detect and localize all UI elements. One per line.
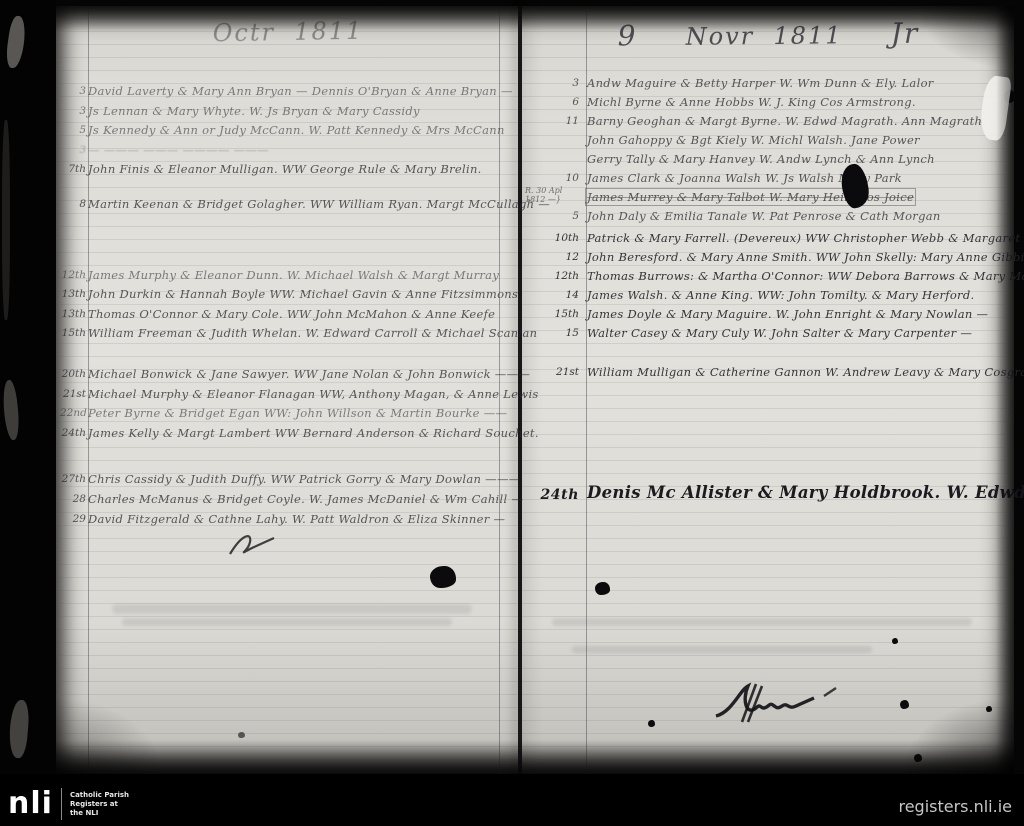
torn-page-fragment <box>7 700 30 759</box>
register-entry: 15thJames Doyle & Mary Maguire. W. John … <box>523 305 1014 324</box>
entry-text: James Walsh. & Anne King. WW: John Tomil… <box>587 288 974 302</box>
nli-caption: Catholic Parish Registers at the NLI <box>70 791 129 818</box>
entry-text: Gerry Tally & Mary Hanvey W. Andw Lynch … <box>587 152 935 166</box>
entry-day: 3 <box>60 102 86 122</box>
year-label: 1811 <box>773 21 842 50</box>
ink-spot <box>914 754 922 762</box>
register-entry: 13thJohn Durkin & Hannah Boyle WW. Micha… <box>58 285 518 305</box>
month-label: Novr <box>686 22 755 51</box>
entry-day: 6 <box>525 93 579 112</box>
entry-day: 15th <box>60 324 86 344</box>
register-entry: 5Js Kennedy & Ann or Judy McCann. W. Pat… <box>58 121 518 141</box>
spine-shadow <box>2 120 10 320</box>
month-label: Octr <box>212 18 275 47</box>
entry-text: Michl Byrne & Anne Hobbs W. J. King Cos … <box>587 95 916 109</box>
caption-line: Catholic Parish <box>70 791 129 799</box>
entry-text: Patrick & Mary Farrell. (Devereux) WW Ch… <box>587 231 1024 245</box>
register-entry: 10thPatrick & Mary Farrell. (Devereux) W… <box>523 229 1014 248</box>
entry-text: Barny Geoghan & Margt Byrne. W. Edwd Mag… <box>587 114 982 128</box>
entry-day: 15 <box>525 324 579 343</box>
register-entry: 8Martin Keenan & Bridget Golagher. WW Wi… <box>58 195 518 215</box>
entry-text: Walter Casey & Mary Culy W. John Salter … <box>587 326 972 340</box>
torn-page-fragment <box>4 15 27 68</box>
ink-spot <box>900 700 909 709</box>
entry-text: Andw Maguire & Betty Harper W. Wm Dunn &… <box>587 76 934 90</box>
nli-branding: nli Catholic Parish Registers at the NLI <box>8 788 129 820</box>
entry-day: 27th <box>60 470 86 490</box>
register-entry: 14James Walsh. & Anne King. WW: John Tom… <box>523 286 1014 305</box>
left-page-october: Octr 1811 3David Laverty & Mary Ann Brya… <box>58 6 518 774</box>
entry-text: John Durkin & Hannah Boyle WW. Michael G… <box>88 287 518 301</box>
torn-page-fragment <box>1 380 21 441</box>
register-entry: John Gahoppy & Bgt Kiely W. Michl Walsh.… <box>523 131 1014 150</box>
ink-spot <box>238 732 245 738</box>
margin-note: R. 30 Apl 1812 —} <box>525 186 583 204</box>
entry-day: 28 <box>60 490 86 510</box>
entry-day: 21st <box>525 363 579 382</box>
entry-text: Thomas Burrows: & Martha O'Connor: WW De… <box>587 269 1024 283</box>
entry-day: 21st <box>60 385 86 405</box>
entry-day: 11 <box>525 112 579 131</box>
entry-group: 27thChris Cassidy & Judith Duffy. WW Pat… <box>58 470 518 529</box>
entry-day: 15th <box>525 305 579 324</box>
register-entry: 21stWilliam Mulligan & Catherine Gannon … <box>523 363 1014 382</box>
entry-day: 12th <box>525 267 579 286</box>
entry-text: William Freeman & Judith Whelan. W. Edwa… <box>88 326 537 340</box>
entry-text: David Laverty & Mary Ann Bryan — Dennis … <box>88 84 513 98</box>
left-page-header: Octr 1811 <box>58 14 518 50</box>
entry-group: 10thPatrick & Mary Farrell. (Devereux) W… <box>523 229 1014 343</box>
entry-day: 12 <box>525 248 579 267</box>
entry-text: James Doyle & Mary Maguire. W. John Enri… <box>587 307 988 321</box>
register-entry: 3— ——— ——— ———— ——— <box>58 141 518 161</box>
register-entry: 15thWilliam Freeman & Judith Whelan. W. … <box>58 324 518 344</box>
register-entry: 20thMichael Bonwick & Jane Sawyer. WW Ja… <box>58 365 518 385</box>
entry-text: Charles McManus & Bridget Coyle. W. Jame… <box>88 492 523 506</box>
entry-text: David Fitzgerald & Cathne Lahy. W. Patt … <box>88 512 505 526</box>
entry-day: 22nd <box>60 404 86 424</box>
entry-text: James Kelly & Margt Lambert WW Bernard A… <box>88 426 539 440</box>
register-entry: 6Michl Byrne & Anne Hobbs W. J. King Cos… <box>523 93 1014 112</box>
entry-day: 13th <box>60 305 86 325</box>
parchment-scan: Octr 1811 3David Laverty & Mary Ann Brya… <box>52 6 1014 774</box>
entry-text: Chris Cassidy & Judith Duffy. WW Patrick… <box>88 472 521 486</box>
entry-day: 3 <box>525 74 579 93</box>
entry-text: William Mulligan & Catherine Gannon W. A… <box>587 365 1024 379</box>
entry-text: John Gahoppy & Bgt Kiely W. Michl Walsh.… <box>587 133 920 147</box>
register-entry: 7thJohn Finis & Eleanor Mulligan. WW Geo… <box>58 160 518 180</box>
right-page-november: 9 Novr 1811 Jr 3Andw Maguire & Betty Har… <box>523 6 1014 774</box>
register-entry: 24thDenis Mc Allister & Mary Holdbrook. … <box>523 480 1014 506</box>
entry-group: 3Andw Maguire & Betty Harper W. Wm Dunn … <box>523 74 1014 226</box>
entry-day: 24th <box>60 424 86 444</box>
entry-day: 10th <box>525 229 579 248</box>
right-page-header: 9 Novr 1811 Jr <box>523 16 1014 53</box>
register-entry: 13thThomas O'Connor & Mary Cole. WW John… <box>58 305 518 325</box>
entry-text: Js Kennedy & Ann or Judy McCann. W. Patt… <box>88 123 505 137</box>
entry-day: 20th <box>60 365 86 385</box>
entry-day: 3 <box>60 82 86 102</box>
register-entry: 5John Daly & Emilia Tanale W. Pat Penros… <box>523 207 1014 226</box>
register-entry: 11Barny Geoghan & Margt Byrne. W. Edwd M… <box>523 112 1014 131</box>
register-entry: 15Walter Casey & Mary Culy W. John Salte… <box>523 324 1014 343</box>
pen-flourish <box>222 530 282 560</box>
entry-text: Michael Murphy & Eleanor Flanagan WW, An… <box>88 387 539 401</box>
entry-text: John Finis & Eleanor Mulligan. WW George… <box>88 162 482 176</box>
entry-day: 7th <box>60 160 86 180</box>
register-entry: 21stMichael Murphy & Eleanor Flanagan WW… <box>58 385 518 405</box>
register-entry: 28Charles McManus & Bridget Coyle. W. Ja… <box>58 490 518 510</box>
show-through-smear <box>122 618 452 626</box>
signature-scribble <box>712 682 852 724</box>
entry-day: 8 <box>60 195 86 215</box>
entry-day: 14 <box>525 286 579 305</box>
register-entry: 12John Beresford. & Mary Anne Smith. WW … <box>523 248 1014 267</box>
ink-blot <box>595 582 610 595</box>
entry-group: 3David Laverty & Mary Ann Bryan — Dennis… <box>58 82 518 215</box>
entry-text: Martin Keenan & Bridget Golagher. WW Wil… <box>88 197 550 211</box>
site-url: registers.nli.ie <box>898 797 1012 816</box>
entry-day: 3 <box>60 141 86 161</box>
entry-day: 13th <box>60 285 86 305</box>
year-label: 1811 <box>294 17 364 46</box>
header-left-mark: 9 <box>618 19 638 52</box>
entry-text: Michael Bonwick & Jane Sawyer. WW Jane N… <box>88 367 530 381</box>
entry-text: Js Lennan & Mary Whyte. W. Js Bryan & Ma… <box>88 104 420 118</box>
register-entry: 3Andw Maguire & Betty Harper W. Wm Dunn … <box>523 74 1014 93</box>
left-page-entries: 3David Laverty & Mary Ann Bryan — Dennis… <box>58 82 518 529</box>
register-entry: 12thThomas Burrows: & Martha O'Connor: W… <box>523 267 1014 286</box>
entry-day: 5 <box>60 121 86 141</box>
header-right-mark: Jr <box>891 17 920 50</box>
entry-text: Denis Mc Allister & Mary Holdbrook. W. E… <box>587 483 1024 502</box>
register-entry: 12thJames Murphy & Eleanor Dunn. W. Mich… <box>58 266 518 286</box>
nli-logo: nli <box>8 789 53 819</box>
book-spine <box>0 0 56 780</box>
entry-text: — ——— ——— ———— ——— <box>88 143 269 157</box>
scanned-register-spread: Octr 1811 3David Laverty & Mary Ann Brya… <box>0 0 1024 826</box>
register-entry: 29David Fitzgerald & Cathne Lahy. W. Pat… <box>58 510 518 530</box>
entry-text: Thomas O'Connor & Mary Cole. WW John McM… <box>88 307 495 321</box>
register-entry: 3David Laverty & Mary Ann Bryan — Dennis… <box>58 82 518 102</box>
entry-group: 12thJames Murphy & Eleanor Dunn. W. Mich… <box>58 266 518 344</box>
entry-group: 24thDenis Mc Allister & Mary Holdbrook. … <box>523 480 1014 506</box>
entry-group: 20thMichael Bonwick & Jane Sawyer. WW Ja… <box>58 365 518 443</box>
register-entry: 22ndPeter Byrne & Bridget Egan WW: John … <box>58 404 518 424</box>
entry-text: John Beresford. & Mary Anne Smith. WW Jo… <box>587 250 1024 264</box>
entry-group: 21stWilliam Mulligan & Catherine Gannon … <box>523 363 1014 382</box>
entry-text: Peter Byrne & Bridget Egan WW: John Will… <box>88 406 507 420</box>
register-entry: James Murrey & Mary Talbot W. Mary Heil … <box>523 188 1014 207</box>
show-through-smear <box>552 618 972 626</box>
entry-day: 5 <box>525 207 579 226</box>
register-entry: 24thJames Kelly & Margt Lambert WW Berna… <box>58 424 518 444</box>
entry-day: 24th <box>525 482 579 508</box>
entry-text: James Murphy & Eleanor Dunn. W. Michael … <box>88 268 499 282</box>
show-through-smear <box>572 646 872 653</box>
logo-divider <box>61 788 62 820</box>
entry-text: John Daly & Emilia Tanale W. Pat Penrose… <box>587 209 941 223</box>
register-entry: 10James Clark & Joanna Walsh W. Js Walsh… <box>523 169 1014 188</box>
ink-spot <box>986 706 992 712</box>
caption-line: the NLI <box>70 809 98 817</box>
footer-bar: nli Catholic Parish Registers at the NLI… <box>0 774 1024 826</box>
ink-spot <box>648 720 655 727</box>
right-page-entries: 3Andw Maguire & Betty Harper W. Wm Dunn … <box>523 74 1014 506</box>
entry-day: 29 <box>60 510 86 530</box>
register-entry: 3Js Lennan & Mary Whyte. W. Js Bryan & M… <box>58 102 518 122</box>
ink-spot <box>892 638 898 644</box>
caption-line: Registers at <box>70 800 118 808</box>
ink-blot <box>430 566 456 588</box>
register-entry: Gerry Tally & Mary Hanvey W. Andw Lynch … <box>523 150 1014 169</box>
entry-day: 12th <box>60 266 86 286</box>
register-entry: 27thChris Cassidy & Judith Duffy. WW Pat… <box>58 470 518 490</box>
show-through-smear <box>112 604 472 614</box>
